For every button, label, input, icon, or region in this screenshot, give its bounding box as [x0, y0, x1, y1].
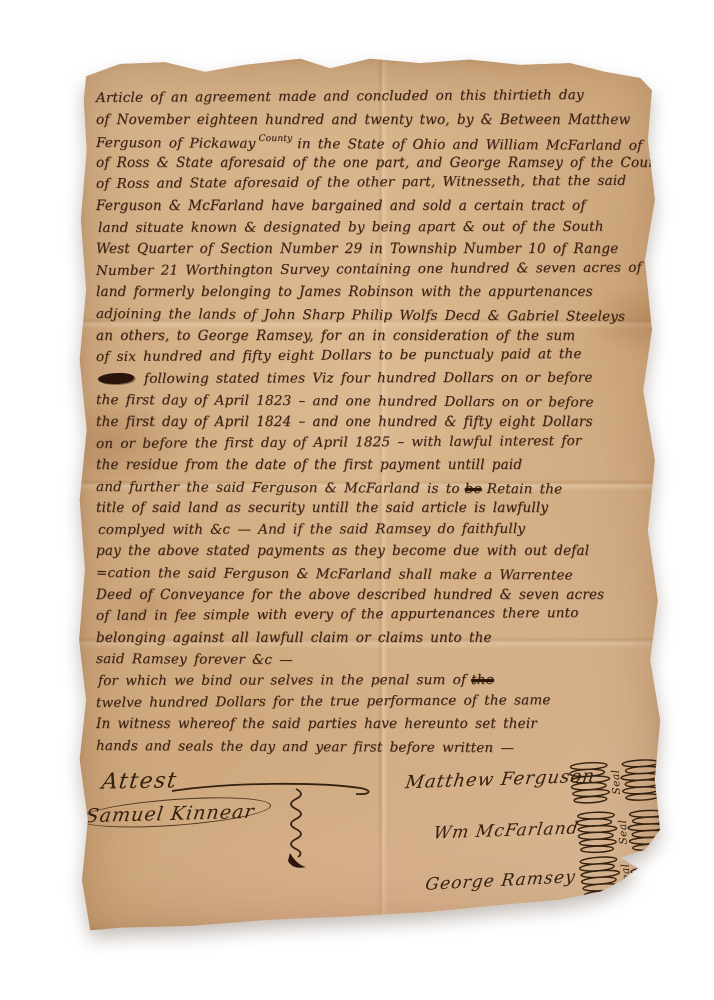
- document-line: land formerly belonging to James Robinso…: [96, 284, 653, 306]
- document-line: belonging against all lawfull claim or c…: [96, 630, 653, 652]
- flourish-squiggle-icon: [281, 787, 309, 879]
- document-line: on or before the first day of April 1825…: [96, 432, 653, 457]
- attest-flourish-stroke: [170, 779, 380, 799]
- document-line: the first day of April 1823 – and one hu…: [96, 392, 653, 417]
- document-line: land situate known & designated by being…: [98, 218, 655, 241]
- seal-scribble-icon: Seal: [567, 755, 664, 810]
- document-line: Number 21 Worthington Survey containing …: [96, 259, 653, 284]
- document-line: Ferguson & McFarland have bargained and …: [96, 198, 653, 220]
- seal-scribble-icon: Seal: [576, 848, 674, 905]
- document-line: and further the said Ferguson & McFarlan…: [96, 479, 653, 504]
- document-line: of Ross and State aforesaid of the other…: [96, 173, 653, 198]
- document-line: of November eighteen hundred and twenty …: [96, 112, 653, 134]
- document-line: pay the above stated payments as they be…: [96, 543, 653, 565]
- document-line: complyed with &c — And if the said Ramse…: [98, 520, 655, 543]
- signature-george-ramsey: George Ramsey: [424, 867, 577, 895]
- document-line: adjoining the lands of John Sharp Philip…: [96, 306, 653, 331]
- paper-shadow-wrap: Article of an agreement made and conclud…: [0, 0, 714, 1000]
- document-line: Article of an agreement made and conclud…: [96, 87, 653, 112]
- attest-label: Attest: [100, 768, 179, 794]
- document-line: following stated times Viz four hundred …: [98, 369, 655, 392]
- document-line: the residue from the date of the first p…: [96, 457, 653, 479]
- document-line: of six hundred and fifty eight Dollars t…: [96, 346, 653, 371]
- seal-label: Seal: [610, 769, 623, 795]
- document-line: In witness whereof the said parties have…: [96, 716, 653, 738]
- document-body-text: Article of an agreement made and conclud…: [96, 90, 653, 759]
- document-line: twelve hundred Dollars for the true perf…: [96, 691, 653, 716]
- struck-word: the: [471, 672, 494, 688]
- document-line: of land in fee simple with every of the …: [96, 605, 653, 630]
- document-paper: Article of an agreement made and conclud…: [78, 57, 663, 932]
- document-line: title of said land as security untill th…: [96, 500, 653, 522]
- signature-wm-mcfarland: Wm McFarland: [432, 818, 580, 843]
- document-line: Ferguson of PickawayCountyin the State o…: [96, 133, 653, 158]
- document-line: =cation the said Ferguson & McFarland sh…: [96, 565, 653, 590]
- document-content: Article of an agreement made and conclud…: [78, 57, 663, 932]
- ink-blot: [98, 373, 134, 384]
- superscript-insertion: County: [259, 134, 293, 144]
- seal-label: Seal: [619, 863, 633, 889]
- seal-label: Seal: [617, 819, 630, 844]
- struck-word: be: [465, 481, 482, 497]
- witness-signature: Samuel Kinnear: [84, 801, 256, 827]
- photo-background: Article of an agreement made and conclud…: [0, 0, 714, 1000]
